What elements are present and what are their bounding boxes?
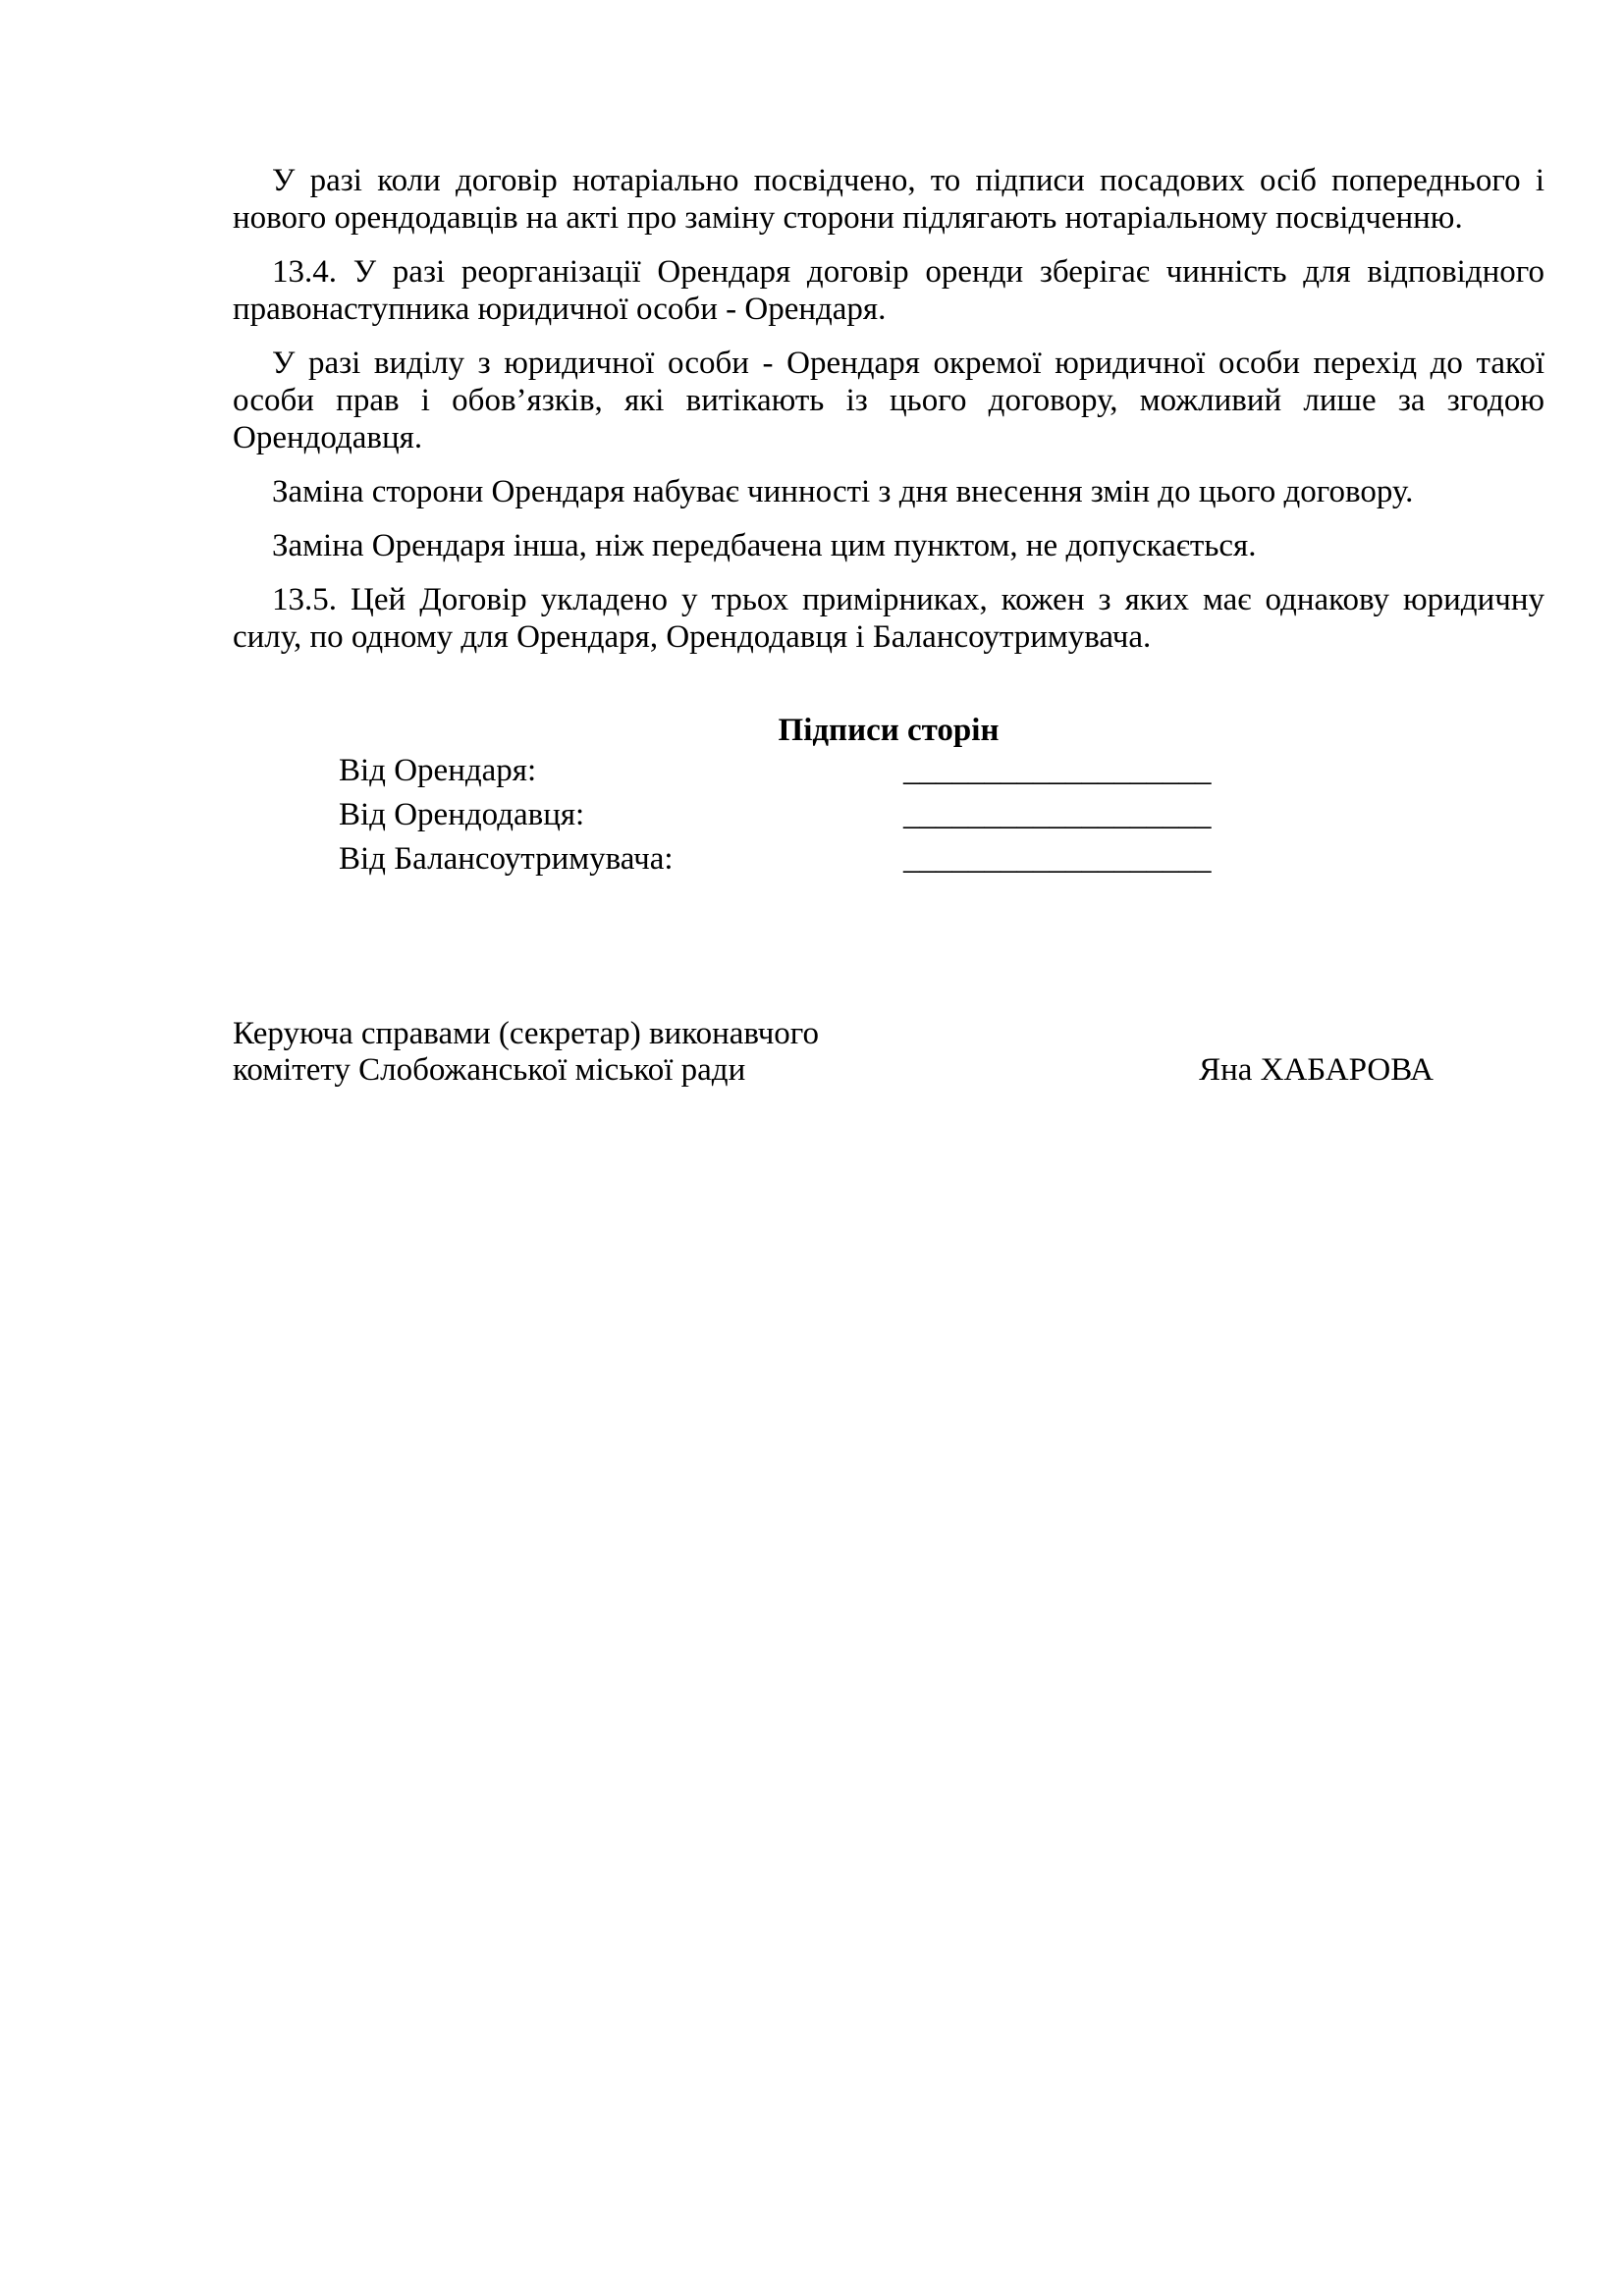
footer-position-line1: Керуюча справами (секретар) виконавчого	[233, 1016, 881, 1052]
signature-label-balansoutrymuvach: Від Балансоутримувача:	[339, 837, 903, 881]
signature-row: Від Балансоутримувача: _________________…	[233, 837, 1544, 881]
footer-position-line2: комітету Слобожанської міської ради	[233, 1052, 881, 1089]
paragraph: У разі виділу з юридичної особи - Оренда…	[233, 345, 1544, 456]
paragraph: У разі коли договір нотаріально посвідче…	[233, 162, 1544, 237]
paragraph: Заміна сторони Орендаря набуває чинності…	[233, 473, 1544, 510]
signature-row: Від Орендодавця: ___________________	[233, 793, 1544, 837]
footer-position-title: Керуюча справами (секретар) виконавчого …	[233, 1016, 881, 1089]
signatures-block: Від Орендаря: ___________________ Від Ор…	[233, 749, 1544, 881]
document-content: У разі коли договір нотаріально посвідче…	[233, 162, 1544, 1089]
document-page: У разі коли договір нотаріально посвідче…	[0, 0, 1624, 2296]
signature-label-orendodavets: Від Орендодавця:	[339, 793, 903, 837]
paragraph-13-4: 13.4. У разі реорганізації Орендаря дого…	[233, 253, 1544, 328]
signature-line-balansoutrymuvach: ___________________	[903, 837, 1212, 881]
signature-label-orendar: Від Орендаря:	[339, 749, 903, 793]
signatures-heading: Підписи сторін	[233, 712, 1544, 749]
footer-signatory-name: Яна ХАБАРОВА	[1199, 1052, 1434, 1089]
signature-line-orendar: ___________________	[903, 749, 1212, 793]
signature-line-orendodavets: ___________________	[903, 793, 1212, 837]
paragraph-13-5: 13.5. Цей Договір укладено у трьох примі…	[233, 581, 1544, 656]
paragraph: Заміна Орендаря інша, ніж передбачена ци…	[233, 527, 1544, 564]
footer-signatory: Керуюча справами (секретар) виконавчого …	[233, 1016, 1544, 1089]
signature-row: Від Орендаря: ___________________	[233, 749, 1544, 793]
